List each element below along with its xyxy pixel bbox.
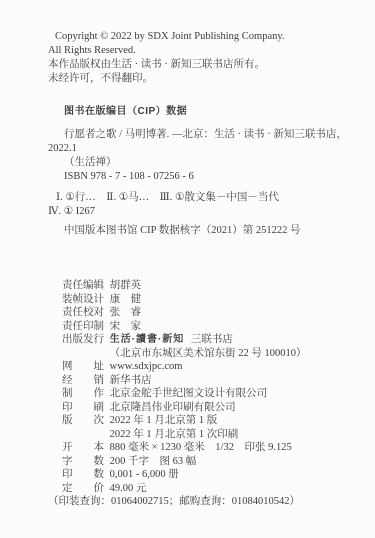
colophon-label: 责任印制 xyxy=(62,320,105,334)
colophon-label: 网 址 xyxy=(62,360,105,374)
colophon-value: 0,001 - 6,000 册 xyxy=(110,469,179,480)
colophon-value: 880 毫米 × 1230 毫米 1/32 印张 9.125 xyxy=(110,442,292,453)
colophon-row-editor: 责任编辑 胡群英 xyxy=(48,279,347,293)
colophon-label: 责任校对 xyxy=(62,306,105,320)
colophon-value: 张 睿 xyxy=(110,307,142,318)
cip-isbn-line: ISBN 978 - 7 - 108 - 07256 - 6 xyxy=(64,170,347,184)
book-copyright-page: Copyright © 2022 by SDX Joint Publishing… xyxy=(0,0,375,538)
cip-title-line-wrap: 2022.1 xyxy=(48,142,347,156)
colophon-label: 印 数 xyxy=(62,468,105,482)
colophon-row-typesetter: 制 作 北京金舵手世纪图文设计有限公司 xyxy=(48,387,347,401)
colophon-value: 北京隆昌伟业印刷有限公司 xyxy=(110,402,236,413)
colophon-row-edition: 版 次 2022 年 1 月北京第 1 版 xyxy=(48,414,347,428)
cip-title-line: 行愿者之歌 / 马明博著. —北京：生活 · 读书 · 新知三联书店， xyxy=(64,128,347,142)
colophon-value: 宋 家 xyxy=(110,321,142,332)
publisher-brand-logotype: 生活·讀書·新知 xyxy=(110,334,185,345)
colophon-row-price: 定 价 49.00 元 xyxy=(48,482,347,496)
colophon-row-designer: 装帧设计 康 健 xyxy=(48,293,347,307)
cip-header: 图书在版编目（CIP）数据 xyxy=(64,105,347,119)
rights-owner-line: 本作品版权由生活 · 读书 · 新知三联书店所有。 xyxy=(48,58,347,72)
colophon-row-publisher: 出版发行 生活·讀書·新知 三联书店 xyxy=(48,333,347,347)
cip-block: 图书在版编目（CIP）数据 行愿者之歌 / 马明博著. —北京：生活 · 读书 … xyxy=(48,105,347,238)
colophon-label: 字 数 xyxy=(62,455,105,469)
cip-record-number-line: 中国版本图书馆 CIP 数据核字（2021）第 251222 号 xyxy=(64,224,347,238)
colophon-value: 2022 年 1 月北京第 1 次印刷 xyxy=(110,429,239,440)
colophon-label: 印 刷 xyxy=(62,401,105,415)
colophon-row-print-run: 印 数 0,001 - 6,000 册 xyxy=(48,468,347,482)
cip-series-line: （生活禅） xyxy=(64,156,347,170)
colophon-value: 新华书店 xyxy=(110,375,152,386)
copyright-line-english: Copyright © 2022 by SDX Joint Publishing… xyxy=(48,30,347,44)
no-reprint-line: 未经许可，不得翻印。 xyxy=(48,72,347,86)
rights-reserved-line: All Rights Reserved. xyxy=(48,44,347,58)
colophon-row-wordcount: 字 数 200 千字 图 63 幅 xyxy=(48,455,347,469)
cip-classification-line-wrap: Ⅳ. ① I267 xyxy=(48,205,347,219)
colophon-label: 制 作 xyxy=(62,387,105,401)
colophon-row-proofreader: 责任校对 张 睿 xyxy=(48,306,347,320)
publisher-name: 三联书店 xyxy=(191,334,233,345)
colophon-label: 开 本 xyxy=(62,441,105,455)
copyright-block: Copyright © 2022 by SDX Joint Publishing… xyxy=(48,30,347,86)
colophon-row-print-supervisor: 责任印制 宋 家 xyxy=(48,320,347,334)
colophon-value: 200 千字 图 63 幅 xyxy=(110,456,197,467)
colophon-value: 康 健 xyxy=(110,294,142,305)
colophon-value: 北京金舵手世纪图文设计有限公司 xyxy=(110,388,268,399)
colophon-block: 责任编辑 胡群英 装帧设计 康 健 责任校对 张 睿 责任印制 宋 家 出版发行… xyxy=(48,279,347,509)
colophon-label: 定 价 xyxy=(62,482,105,496)
colophon-row-website: 网 址 www.sdxjpc.com xyxy=(48,360,347,374)
colophon-value: 胡群英 xyxy=(110,280,142,291)
cip-classification-line: Ⅰ. ①行… Ⅱ. ①马… Ⅲ. ①散文集－中国－当代 xyxy=(56,191,347,205)
colophon-row-printer: 印 刷 北京隆昌伟业印刷有限公司 xyxy=(48,401,347,415)
colophon-row-distributor: 经 销 新华书店 xyxy=(48,374,347,388)
publisher-website: www.sdxjpc.com xyxy=(110,361,183,372)
colophon-label: 经 销 xyxy=(62,374,105,388)
colophon-value: 2022 年 1 月北京第 1 版 xyxy=(110,415,218,426)
inquiry-phone-note: （印装查询：01064002715；邮购查询：01084010542） xyxy=(48,495,347,509)
colophon-row-address: （北京市东城区美术馆东街 22 号 100010） xyxy=(48,347,347,361)
colophon-label: 出版发行 xyxy=(62,333,105,347)
colophon-label: 责任编辑 xyxy=(62,279,105,293)
publisher-address: （北京市东城区美术馆东街 22 号 100010） xyxy=(110,348,307,359)
colophon-row-format: 开 本 880 毫米 × 1230 毫米 1/32 印张 9.125 xyxy=(48,441,347,455)
colophon-value: 49.00 元 xyxy=(110,483,147,494)
colophon-label: 版 次 xyxy=(62,414,105,428)
colophon-row-printing: 2022 年 1 月北京第 1 次印刷 xyxy=(48,428,347,442)
colophon-label: 装帧设计 xyxy=(62,293,105,307)
